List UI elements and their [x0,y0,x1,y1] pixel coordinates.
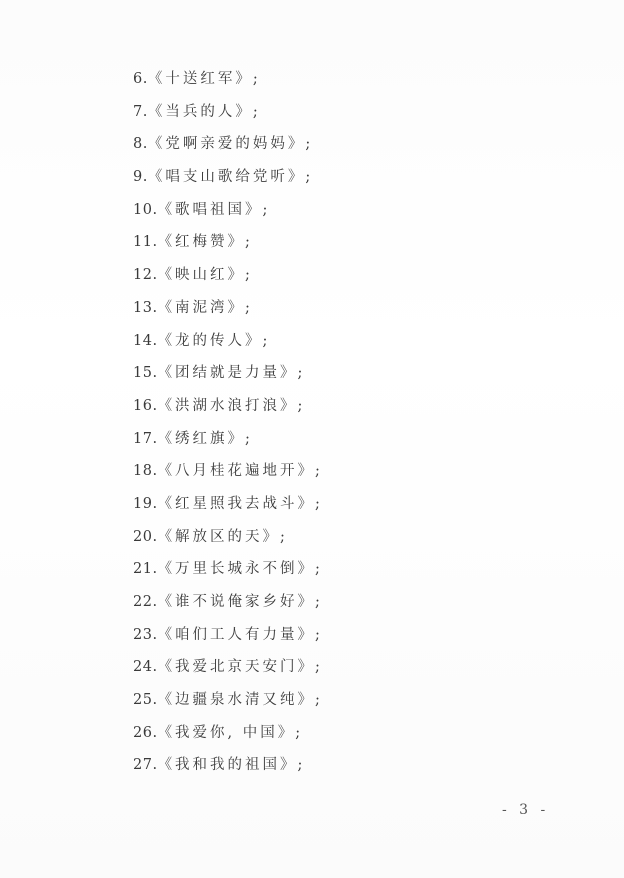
list-item: 24.《我爱北京天安门》; [133,651,323,684]
list-item: 6.《十送红军》; [133,63,323,96]
item-number: 9. [133,161,148,194]
list-item: 14.《龙的传人》; [133,325,323,358]
item-number: 10. [133,194,158,227]
list-item: 9.《唱支山歌给党听》; [133,161,323,194]
item-number: 6. [133,63,148,96]
item-title: 《歌唱祖国》; [158,194,271,227]
list-item: 16.《洪湖水浪打浪》; [133,390,323,423]
item-title: 《龙的传人》; [158,325,271,358]
list-item: 15.《团结就是力量》; [133,357,323,390]
item-title: 《红星照我去战斗》; [158,488,323,521]
item-number: 17. [133,423,158,456]
item-title: 《南泥湾》; [158,292,253,325]
list-item: 10.《歌唱祖国》; [133,194,323,227]
item-title: 《我爱你, 中国》; [158,717,304,750]
list-item: 13.《南泥湾》; [133,292,323,325]
list-item: 19.《红星照我去战斗》; [133,488,323,521]
item-number: 26. [133,717,158,750]
page-number: - 3 - [502,802,549,818]
item-number: 15. [133,357,158,390]
item-number: 23. [133,619,158,652]
item-number: 20. [133,521,158,554]
item-title: 《谁不说俺家乡好》; [158,586,323,619]
item-number: 11. [133,226,158,259]
list-item: 23.《咱们工人有力量》; [133,619,323,652]
item-title: 《我爱北京天安门》; [158,651,323,684]
list-item: 8.《党啊亲爱的妈妈》; [133,128,323,161]
item-number: 14. [133,325,158,358]
list-item: 12.《映山红》; [133,259,323,292]
item-title: 《唱支山歌给党听》; [148,161,313,194]
list-item: 17.《绣红旗》; [133,423,323,456]
item-title: 《八月桂花遍地开》; [158,455,323,488]
list-item: 27.《我和我的祖国》; [133,749,323,782]
item-number: 25. [133,684,158,717]
list-item: 20.《解放区的天》; [133,521,323,554]
document-page: 6.《十送红军》; 7.《当兵的人》; 8.《党啊亲爱的妈妈》; 9.《唱支山歌… [0,0,624,878]
item-title: 《万里长城永不倒》; [158,553,323,586]
list-item: 22.《谁不说俺家乡好》; [133,586,323,619]
item-title: 《团结就是力量》; [158,357,306,390]
item-title: 《党啊亲爱的妈妈》; [148,128,313,161]
item-title: 《映山红》; [158,259,253,292]
item-number: 13. [133,292,158,325]
list-item: 11.《红梅赞》; [133,226,323,259]
item-title: 《我和我的祖国》; [158,749,306,782]
item-number: 18. [133,455,158,488]
list-item: 7.《当兵的人》; [133,96,323,129]
item-number: 16. [133,390,158,423]
item-title: 《绣红旗》; [158,423,253,456]
item-number: 7. [133,96,148,129]
item-title: 《十送红军》; [148,63,261,96]
item-number: 12. [133,259,158,292]
item-title: 《洪湖水浪打浪》; [158,390,306,423]
list-item: 21.《万里长城永不倒》; [133,553,323,586]
item-title: 《红梅赞》; [158,226,253,259]
item-title: 《边疆泉水清又纯》; [158,684,323,717]
list-item: 26.《我爱你, 中国》; [133,717,323,750]
item-number: 24. [133,651,158,684]
item-number: 8. [133,128,148,161]
item-number: 27. [133,749,158,782]
item-number: 19. [133,488,158,521]
list-item: 25.《边疆泉水清又纯》; [133,684,323,717]
item-number: 22. [133,586,158,619]
item-title: 《解放区的天》; [158,521,288,554]
item-title: 《当兵的人》; [148,96,261,129]
item-number: 21. [133,553,158,586]
list-item: 18.《八月桂花遍地开》; [133,455,323,488]
song-list: 6.《十送红军》; 7.《当兵的人》; 8.《党啊亲爱的妈妈》; 9.《唱支山歌… [133,63,323,782]
item-title: 《咱们工人有力量》; [158,619,323,652]
